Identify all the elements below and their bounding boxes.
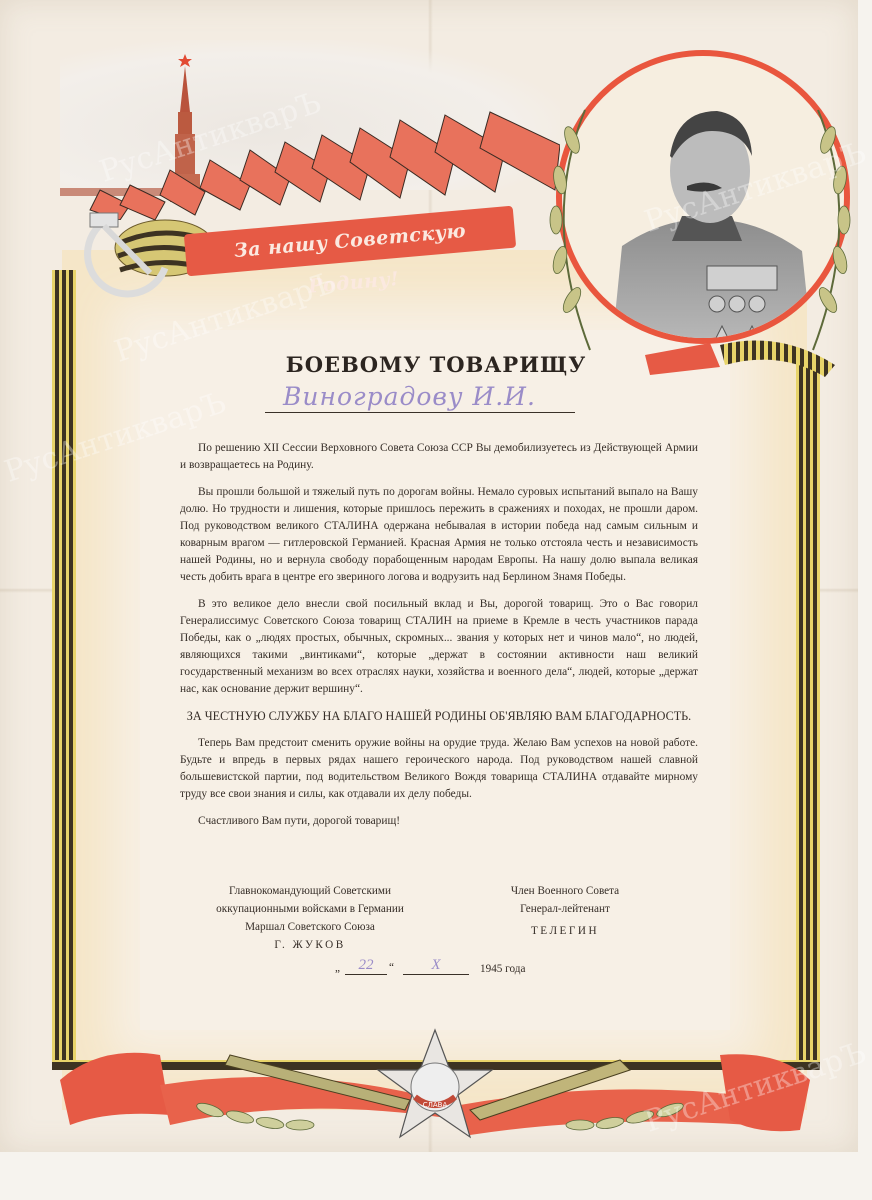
st-george-ribbon-right [796, 360, 820, 1065]
signatory-title-line2: оккупационными войсками в Германии [190, 900, 430, 918]
signatory-rank: Маршал Советского Союза [190, 918, 430, 936]
date-close-quote: “ [389, 962, 394, 974]
medal-label: СЛАВА [423, 1101, 448, 1109]
recipient-name-handwritten: Виноградову И.И. [283, 382, 536, 411]
signatory-name: ТЕЛЕГИН [470, 922, 660, 940]
signatory-title-line1: Главнокомандующий Советскими [190, 882, 430, 900]
gratitude-statement: ЗА ЧЕСТНУЮ СЛУЖБУ НА БЛАГО НАШЕЙ РОДИНЫ … [180, 708, 698, 725]
bottom-decoration: СЛАВА [40, 1025, 830, 1145]
paragraph-war-path: Вы прошли большой и тяжелый путь по доро… [180, 484, 698, 586]
date-day-handwritten: 22 [345, 960, 387, 975]
issue-date: „ 22 “ X 1945 года [335, 960, 575, 980]
laurel-branch-left [530, 100, 600, 360]
date-year: 1945 года [480, 963, 525, 975]
certificate-body: По решению XII Сессии Верховного Совета … [180, 440, 698, 840]
signatory-name: Г. ЖУКОВ [190, 936, 430, 954]
signature-block-right: Член Военного Совета Генерал-лейтенант Т… [470, 882, 660, 940]
farewell-line: Счастливого Вам пути, дорогой товарищ! [180, 813, 698, 830]
laurel-branch-right [808, 100, 868, 360]
date-month-handwritten: X [403, 960, 469, 975]
signatory-rank: Генерал-лейтенант [470, 900, 660, 918]
signatory-title-line1: Член Военного Совета [470, 882, 660, 900]
recipient-line: Виноградову И.И. [265, 388, 575, 413]
certificate-title: БОЕВОМУ ТОВАРИЩУ [0, 352, 872, 377]
portrait-image [592, 86, 822, 344]
paragraph-demobilization: По решению XII Сессии Верховного Совета … [180, 440, 698, 474]
st-george-ribbon-left [52, 270, 76, 1065]
date-open-quote: „ [335, 962, 340, 974]
portrait-medallion [556, 50, 850, 344]
paragraph-contribution: В это великое дело внесли свой посильный… [180, 596, 698, 698]
signature-block-left: Главнокомандующий Советскими оккупационн… [190, 882, 430, 954]
paragraph-labor: Теперь Вам предстоит сменить оружие войн… [180, 735, 698, 803]
